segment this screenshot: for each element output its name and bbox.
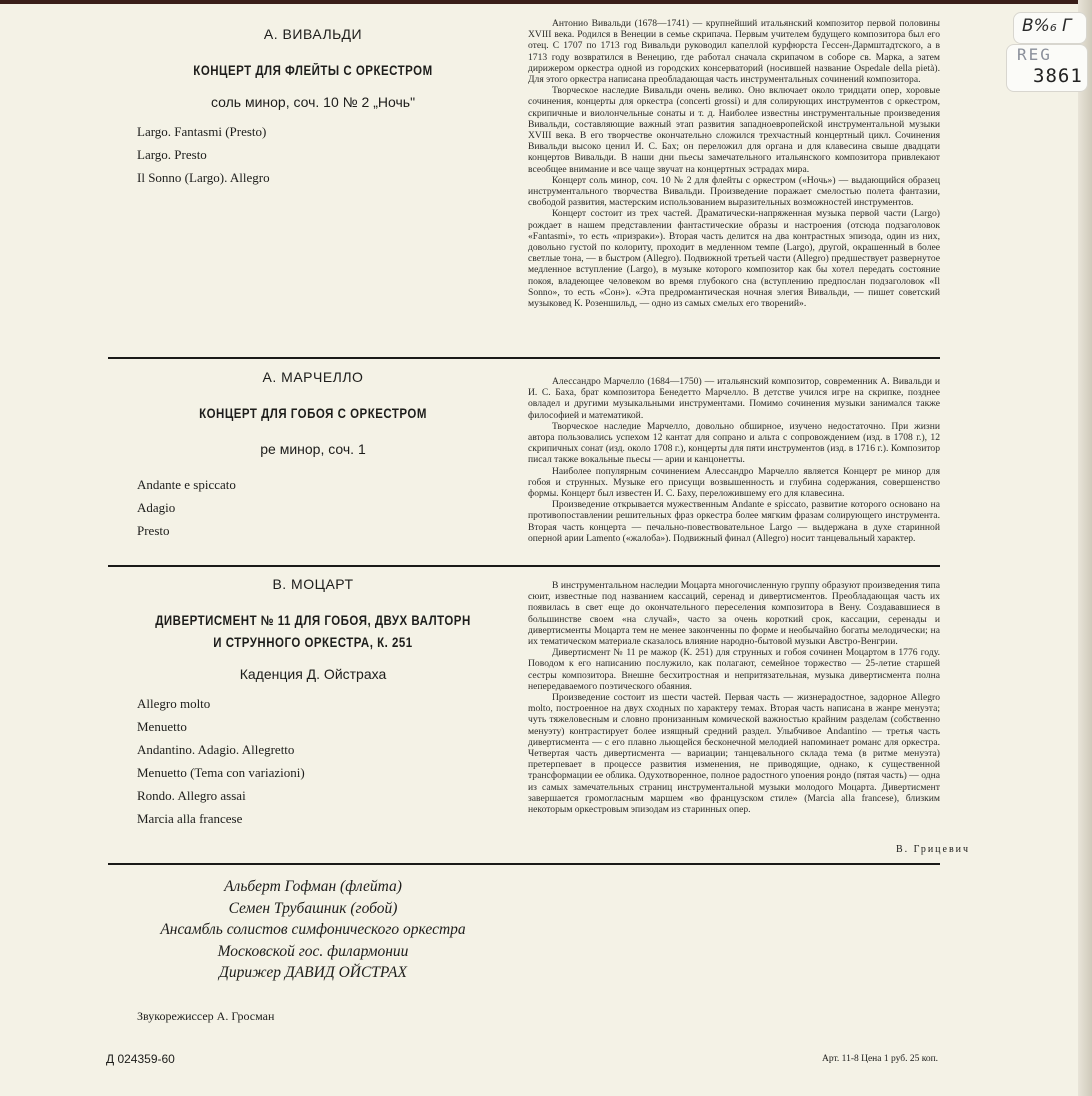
performer-flute: Альберт Гофман (флейта) [108, 876, 518, 898]
movement-item: Rondo. Allegro assai [137, 784, 518, 807]
movement-list: Allegro molto Menuetto Andantino. Adagio… [108, 692, 518, 830]
performer-oboe: Семен Трубашник (гобой) [108, 898, 518, 920]
reg-number: 3861 [1033, 65, 1083, 87]
movement-item: Allegro molto [137, 692, 518, 715]
notes-paragraph: Наиболее популярным сочинением Алессандр… [528, 466, 940, 500]
notes-author-signature: В. Грицевич [896, 844, 970, 855]
notes-paragraph: Произведение состоит из шести частей. Пе… [528, 692, 940, 815]
price-label: Арт. 11-8 Цена 1 руб. 25 коп. [822, 1054, 938, 1064]
movement-item: Adagio [137, 496, 518, 519]
movement-item: Il Sonno (Largo). Allegro [137, 166, 518, 189]
notes-paragraph: Концерт соль минор, соч. 10 № 2 для флей… [528, 175, 940, 209]
cadenza-note: Каденция Д. Ойстраха [108, 666, 518, 682]
reg-sticker: REG 3861 [1006, 44, 1088, 92]
movement-item: Largo. Presto [137, 143, 518, 166]
marcello-program: А. МАРЧЕЛЛО КОНЦЕРТ ДЛЯ ГОБОЯ С ОРКЕСТРО… [108, 369, 518, 542]
sleeve-top-edge [0, 0, 1092, 4]
notes-paragraph: Произведение открывается мужественным An… [528, 499, 940, 544]
movement-item: Presto [137, 519, 518, 542]
section-divider [108, 565, 940, 567]
work-title: КОНЦЕРТ ДЛЯ ГОБОЯ С ОРКЕСТРОМ [139, 403, 488, 425]
mozart-program: В. МОЦАРТ ДИВЕРТИСМЕНТ № 11 ДЛЯ ГОБОЯ, Д… [108, 576, 518, 830]
marcello-notes: Алессандро Марчелло (1684—1750) — италья… [528, 376, 940, 544]
notes-paragraph: В инструментальном наследии Моцарта мног… [528, 580, 940, 647]
movement-item: Andante e spiccato [137, 473, 518, 496]
conductor: Дирижер ДАВИД ОЙСТРАХ [108, 962, 518, 984]
work-title: ДИВЕРТИСМЕНТ № 11 ДЛЯ ГОБОЯ, ДВУХ ВАЛТОР… [139, 610, 488, 632]
work-key: соль минор, соч. 10 № 2 „Ночь" [108, 94, 518, 110]
notes-paragraph: Антонио Вивальди (1678—1741) — крупнейши… [528, 18, 940, 85]
movement-item: Largo. Fantasmi (Presto) [137, 120, 518, 143]
notes-paragraph: Концерт состоит из трех частей. Драматич… [528, 208, 940, 309]
movement-list: Andante e spiccato Adagio Presto [108, 473, 518, 542]
notes-paragraph: Творческое наследие Вивальди очень велик… [528, 85, 940, 175]
notes-paragraph: Дивертисмент № 11 ре мажор (К. 251) для … [528, 647, 940, 692]
composer-name: В. МОЦАРТ [108, 576, 518, 592]
composer-name: А. МАРЧЕЛЛО [108, 369, 518, 385]
movement-item: Andantino. Adagio. Allegretto [137, 738, 518, 761]
notes-paragraph: Творческое наследие Марчелло, довольно о… [528, 421, 940, 466]
section-divider [108, 357, 940, 359]
ensemble-line2: Московской гос. филармонии [108, 941, 518, 963]
movement-item: Menuetto [137, 715, 518, 738]
vivaldi-program: А. ВИВАЛЬДИ КОНЦЕРТ ДЛЯ ФЛЕЙТЫ С ОРКЕСТР… [108, 26, 518, 189]
sleeve-right-edge [1078, 0, 1092, 1096]
handwritten-sticker: В%₆ Г [1013, 12, 1087, 44]
work-title-line2: И СТРУННОГО ОРКЕСТРА, К. 251 [139, 632, 488, 654]
ensemble-line1: Ансамбль солистов симфонического оркестр… [108, 919, 518, 941]
movement-item: Marcia alla francese [137, 807, 518, 830]
vivaldi-notes: Антонио Вивальди (1678—1741) — крупнейши… [528, 18, 940, 309]
reg-label: REG [1017, 45, 1052, 64]
handwritten-mark: В%₆ Г [1022, 16, 1072, 36]
work-title: КОНЦЕРТ ДЛЯ ФЛЕЙТЫ С ОРКЕСТРОМ [139, 60, 488, 82]
mozart-notes: В инструментальном наследии Моцарта мног… [528, 580, 940, 815]
catalog-number: Д 024359-60 [106, 1052, 175, 1066]
work-key: ре минор, соч. 1 [108, 441, 518, 457]
notes-paragraph: Алессандро Марчелло (1684—1750) — италья… [528, 376, 940, 421]
sound-engineer: Звукорежиссер А. Гросман [137, 1009, 274, 1024]
section-divider [108, 863, 940, 865]
movement-item: Menuetto (Tema con variazioni) [137, 761, 518, 784]
movement-list: Largo. Fantasmi (Presto) Largo. Presto I… [108, 120, 518, 189]
performers-credits: Альберт Гофман (флейта) Семен Трубашник … [108, 876, 518, 984]
composer-name: А. ВИВАЛЬДИ [108, 26, 518, 42]
